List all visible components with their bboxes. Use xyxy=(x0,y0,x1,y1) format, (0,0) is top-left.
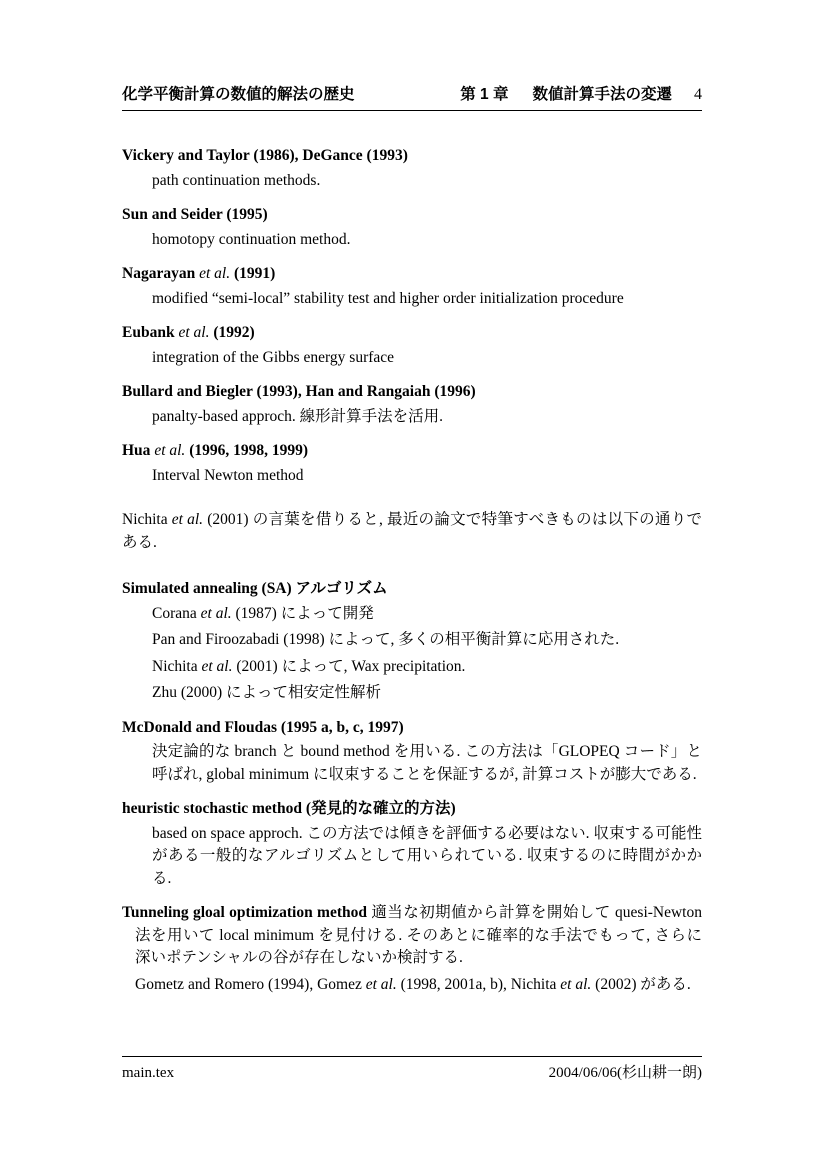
entry: Eubank et al. (1992) integration of the … xyxy=(122,322,702,369)
entry-title-inline: Tunneling gloal optimization method 適当な初… xyxy=(122,902,702,970)
footer-rule xyxy=(122,1056,702,1057)
entry-title: heuristic stochastic method (発見的な確立的方法) xyxy=(122,798,702,821)
header-page-number: 4 xyxy=(694,84,702,107)
entry: Sun and Seider (1995) homotopy continuat… xyxy=(122,204,702,251)
entry-title: Vickery and Taylor (1986), DeGance (1993… xyxy=(122,145,702,168)
header-chapter-label: 第 1 章 xyxy=(460,84,508,107)
page-header: 化学平衡計算の数値的解法の歴史 第 1 章 数値計算手法の変遷 4 xyxy=(122,84,702,107)
entry-title: Bullard and Biegler (1993), Han and Rang… xyxy=(122,381,702,404)
entry: Vickery and Taylor (1986), DeGance (1993… xyxy=(122,145,702,192)
entry-description: homotopy continuation method. xyxy=(152,229,702,252)
entry: Nagarayan et al. (1991) modified “semi-l… xyxy=(122,263,702,310)
entry-title: Eubank et al. (1992) xyxy=(122,322,702,345)
entry: heuristic stochastic method (発見的な確立的方法) … xyxy=(122,798,702,890)
entry-description: based on space approch. この方法では傾きを評価する必要は… xyxy=(152,823,702,891)
entry-description: Pan and Firoozabadi (1998) によって, 多くの相平衡計… xyxy=(152,629,702,652)
header-chapter-group: 第 1 章 数値計算手法の変遷 4 xyxy=(460,84,702,107)
entry-description: Nichita et al. (2001) によって, Wax precipit… xyxy=(152,656,702,679)
entry-description: integration of the Gibbs energy surface xyxy=(152,347,702,370)
entry: Hua et al. (1996, 1998, 1999) Interval N… xyxy=(122,440,702,487)
entry-description: Zhu (2000) によって相安定性解析 xyxy=(152,682,702,705)
entry-description: Corana et al. (1987) によって開発 xyxy=(152,603,702,626)
entry-title: Sun and Seider (1995) xyxy=(122,204,702,227)
entry-description: path continuation methods. xyxy=(152,170,702,193)
entry-description: 決定論的な branch と bound method を用いる. この方法は「… xyxy=(152,741,702,786)
header-doc-title: 化学平衡計算の数値的解法の歴史 xyxy=(122,84,355,107)
header-rule xyxy=(122,110,702,111)
entry-title: Nagarayan et al. (1991) xyxy=(122,263,702,286)
header-chapter-title: 数値計算手法の変遷 xyxy=(532,84,672,107)
page-body: Vickery and Taylor (1986), DeGance (1993… xyxy=(122,145,702,996)
entry-description: panalty-based approch. 線形計算手法を活用. xyxy=(152,406,702,429)
entry-description: Interval Newton method xyxy=(152,465,702,488)
entry: Tunneling gloal optimization method 適当な初… xyxy=(122,902,702,996)
page-footer: main.tex 2004/06/06(杉山耕一朗) xyxy=(122,1062,702,1085)
entry-title: Hua et al. (1996, 1998, 1999) xyxy=(122,440,702,463)
entry: Simulated annealing (SA) アルゴリズム Corana e… xyxy=(122,578,702,705)
entry-description: Gometz and Romero (1994), Gomez et al. (… xyxy=(135,974,702,997)
intro-paragraph: Nichita et al. (2001) の言葉を借りると, 最近の論文で特筆… xyxy=(122,509,702,554)
entry: Bullard and Biegler (1993), Han and Rang… xyxy=(122,381,702,428)
entry-description: modified “semi-local” stability test and… xyxy=(152,288,702,311)
document-page: 化学平衡計算の数値的解法の歴史 第 1 章 数値計算手法の変遷 4 Vicker… xyxy=(0,0,826,1169)
footer-filename: main.tex xyxy=(122,1062,174,1085)
footer-date: 2004/06/06(杉山耕一朗) xyxy=(549,1062,702,1085)
entry: McDonald and Floudas (1995 a, b, c, 1997… xyxy=(122,717,702,787)
entry-title: McDonald and Floudas (1995 a, b, c, 1997… xyxy=(122,717,702,740)
entry-title: Simulated annealing (SA) アルゴリズム xyxy=(122,578,702,601)
